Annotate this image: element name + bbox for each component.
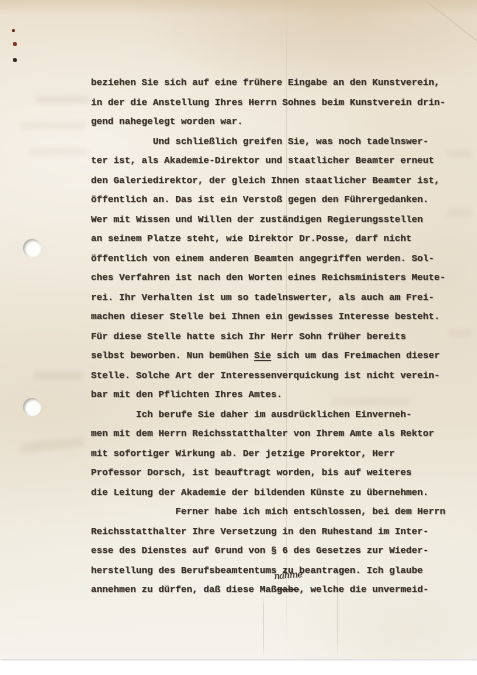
- bleed-through-mark: [30, 148, 88, 155]
- typed-line: Stelle. Solche Art der Interessenverquic…: [91, 366, 445, 386]
- bleed-through-mark: [446, 150, 472, 157]
- paper-sheet: beziehen Sie sich auf eine frühere Einga…: [0, 0, 477, 659]
- underlined-word: Sie: [254, 350, 271, 361]
- typed-line: die Leitung der Akademie der bildenden K…: [91, 483, 445, 503]
- typed-line: herstellung des Berufsbeamtentums zu bea…: [91, 561, 445, 581]
- bleed-through-mark: [36, 96, 90, 103]
- typed-line: Professor Dorsch, ist beauftragt worden,…: [91, 463, 445, 483]
- corner-crease: [427, 2, 477, 45]
- typed-line: mit sofortiger Wirkung ab. Der jetzige P…: [91, 444, 445, 464]
- typed-line: Und schließlich greifen Sie, was noch ta…: [91, 132, 445, 152]
- ink-speck: [12, 29, 15, 32]
- typed-line: annehmen zu dürfen, daß diese Maßgabenah…: [91, 580, 445, 600]
- bleed-through-mark: [20, 437, 85, 454]
- vertical-crease: [263, 595, 264, 659]
- handwritten-correction: nahme: [273, 566, 303, 587]
- typed-line: öffentlich an. Das ist ein Verstoß gegen…: [91, 190, 445, 210]
- bleed-through-mark: [34, 372, 84, 379]
- typed-line: ches Verfahren ist nach den Worten eines…: [91, 268, 445, 288]
- typed-line: men mit dem Herrn Reichsstatthalter von …: [91, 424, 445, 444]
- typed-line: bar mit den Pflichten Ihres Amtes.: [91, 385, 445, 405]
- typed-line: beziehen Sie sich auf eine frühere Einga…: [91, 73, 445, 93]
- typed-line: Wer mit Wissen und Willen der zuständige…: [91, 210, 445, 230]
- scanned-letter-screenshot: { "page": { "kind": "scanned typewritten…: [0, 0, 477, 675]
- struck-typed-text: gabenahme: [277, 584, 300, 595]
- typed-line: Reichsstatthalter Ihre Versetzung in den…: [91, 522, 445, 542]
- bleed-through-mark: [448, 330, 472, 337]
- typed-line: Ferner habe ich mich entschlossen, bei d…: [91, 502, 445, 522]
- typed-line: öffentlich von einem anderen Beamten ang…: [91, 249, 445, 269]
- typed-text-block: beziehen Sie sich auf eine frühere Einga…: [91, 73, 445, 600]
- typed-line: den Galeriedirektor, der gleich Ihnen st…: [91, 171, 445, 191]
- typed-line: selbst beworben. Nun bemühen Sie sich um…: [91, 346, 445, 366]
- typed-line: in der die Anstellung Ihres Herrn Sohnes…: [91, 93, 445, 113]
- bleed-through-mark: [20, 122, 86, 129]
- ink-speck: [13, 42, 17, 46]
- typed-line: rei. Ihr Verhalten ist um so tadelnswert…: [91, 288, 445, 308]
- typed-line: esse des Dienstes auf Grund von § 6 des …: [91, 541, 445, 561]
- punch-hole: [23, 398, 41, 416]
- typed-line: Ich berufe Sie daher im ausdrücklichen E…: [91, 405, 445, 425]
- typed-line: ter ist, als Akademie-Direktor und staat…: [91, 151, 445, 171]
- typed-line: gend nahegelegt worden war.: [91, 112, 445, 132]
- ink-speck: [13, 58, 17, 62]
- bleed-through-mark: [446, 210, 472, 217]
- typed-line: Für diese Stelle hatte sich Ihr Herr Soh…: [91, 327, 445, 347]
- punch-hole: [23, 239, 41, 257]
- typed-line: an seinem Platze steht, wie Direktor Dr.…: [91, 229, 445, 249]
- typed-line: machen dieser Stelle bei Ihnen ein gewis…: [91, 307, 445, 327]
